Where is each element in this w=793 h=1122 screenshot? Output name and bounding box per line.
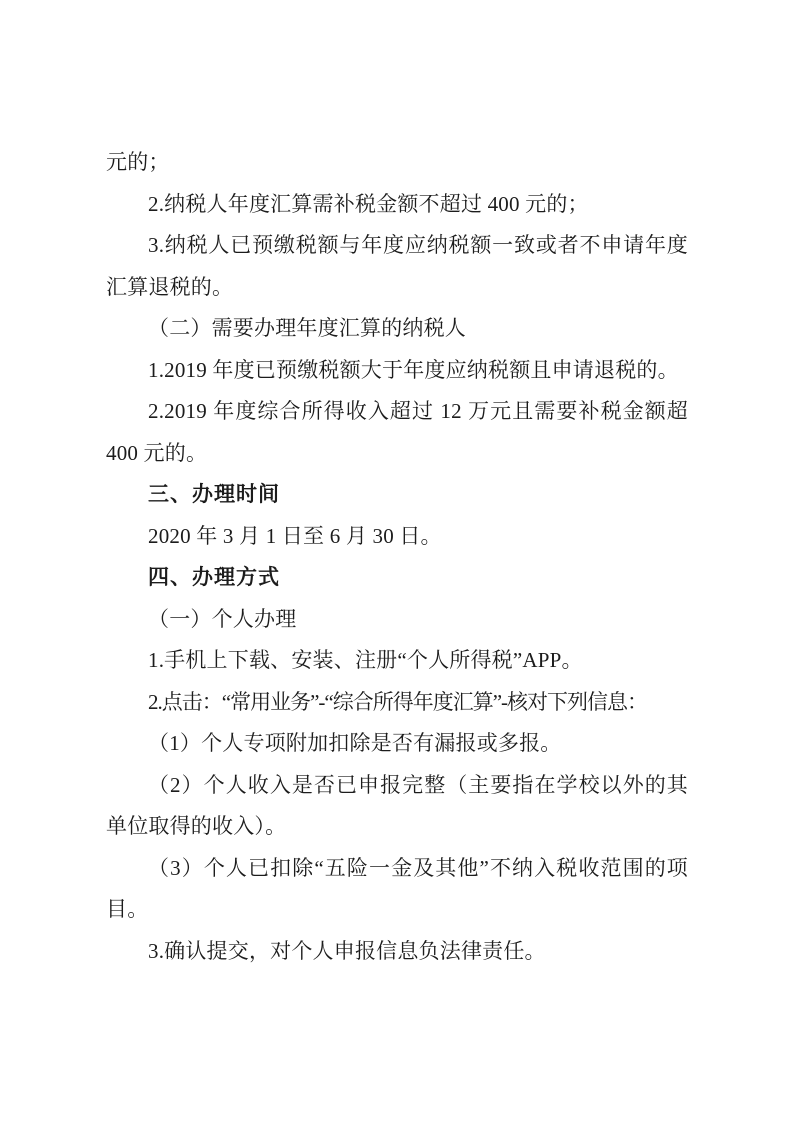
- text-line: 2.点击：“常用业务”-“综合所得年度汇算”-核对下列信息：: [106, 682, 688, 724]
- text-line: 2.2019 年度综合所得收入超过 12 万元且需要补税金额超过: [106, 391, 688, 433]
- section-heading: 三、办理时间: [106, 474, 688, 516]
- text-line: （二）需要办理年度汇算的纳税人: [106, 308, 688, 350]
- text-line: （3）个人已扣除“五险一金及其他”不纳入税收范围的项: [106, 848, 688, 890]
- text-line: 单位取得的收入）。: [106, 806, 688, 848]
- text-line: 3.纳税人已预缴税额与年度应纳税额一致或者不申请年度: [106, 225, 688, 267]
- text-line: 3.确认提交，对个人申报信息负法律责任。: [106, 931, 688, 973]
- text-line: 2.纳税人年度汇算需补税金额不超过 400 元的；: [106, 184, 688, 226]
- text-line: 1.手机上下载、安装、注册“个人所得税”APP。: [106, 640, 688, 682]
- text-line: （1）个人专项附加扣除是否有漏报或多报。: [106, 723, 688, 765]
- text-line: 目。: [106, 889, 688, 931]
- text-line: （2）个人收入是否已申报完整（主要指在学校以外的其他: [106, 765, 688, 807]
- text-line: 1.2019 年度已预缴税额大于年度应纳税额且申请退税的。: [106, 350, 688, 392]
- document-body: 元的；2.纳税人年度汇算需补税金额不超过 400 元的；3.纳税人已预缴税额与年…: [106, 142, 688, 972]
- text-line: 汇算退税的。: [106, 267, 688, 309]
- text-line: 元的；: [106, 142, 688, 184]
- text-line: （一）个人办理: [106, 599, 688, 641]
- document-page: 元的；2.纳税人年度汇算需补税金额不超过 400 元的；3.纳税人已预缴税额与年…: [0, 0, 793, 1122]
- text-line: 2020 年 3 月 1 日至 6 月 30 日。: [106, 516, 688, 558]
- text-line: 400 元的。: [106, 433, 688, 475]
- section-heading: 四、办理方式: [106, 557, 688, 599]
